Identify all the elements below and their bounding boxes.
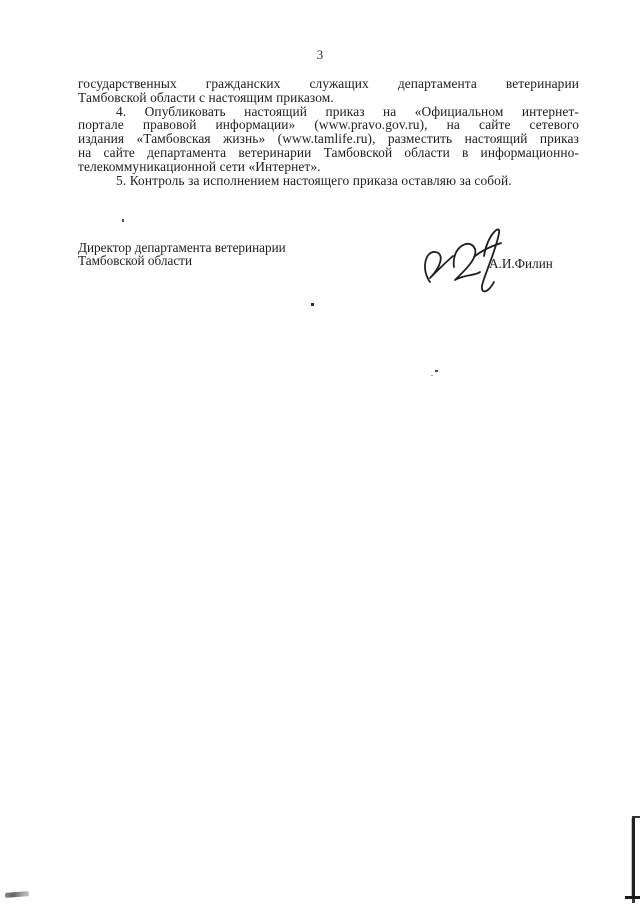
body-line-item-4: 4. Опубликовать настоящий приказ на «Офи…	[78, 105, 579, 119]
signature-block: Директор департамента ветеринарии Тамбов…	[78, 242, 579, 302]
cropped-frame-edge	[632, 816, 640, 818]
scan-speck	[122, 219, 124, 222]
body-line: на сайте департамента ветеринарии Тамбов…	[78, 146, 579, 160]
signer-name: А.И.Филин	[489, 256, 553, 272]
body-line: телекоммуникационной сети «Интернет».	[78, 160, 579, 174]
scan-smudge	[5, 891, 29, 898]
scan-speck	[311, 303, 314, 306]
scan-speck	[431, 375, 433, 376]
cropped-frame-edge	[632, 818, 635, 899]
body-line: государственных гражданских служащих деп…	[78, 77, 579, 91]
document-body: государственных гражданских служащих деп…	[78, 77, 579, 187]
body-line-item-5: 5. Контроль за исполнением настоящего пр…	[78, 174, 579, 188]
cropped-frame-edge	[632, 899, 635, 903]
signer-position-line-2: Тамбовской области	[78, 255, 286, 268]
scanned-document-page: 3 государственных гражданских служащих д…	[0, 0, 640, 905]
scan-speck	[435, 370, 438, 372]
page-number: 3	[0, 47, 640, 63]
body-line: издания «Тамбовская жизнь» (www.tamlife.…	[78, 132, 579, 146]
signer-position: Директор департамента ветеринарии Тамбов…	[78, 242, 286, 267]
body-line: портале правовой информации» (www.pravo.…	[78, 118, 579, 132]
body-line: Тамбовской области с настоящим приказом.	[78, 91, 579, 105]
